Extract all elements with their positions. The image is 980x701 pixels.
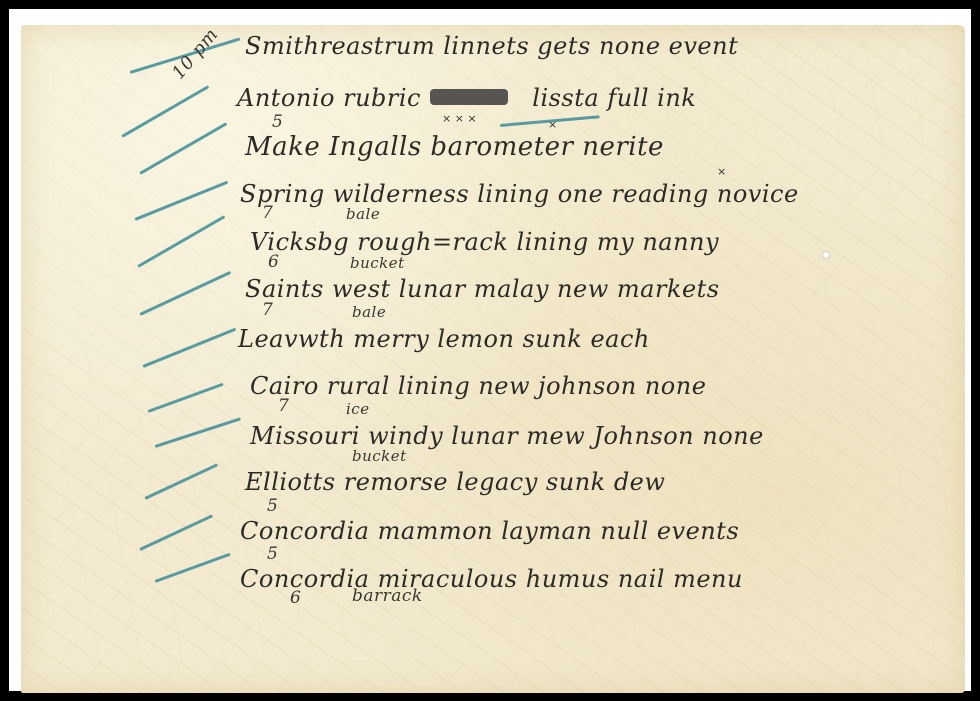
handwritten-line-11: Concordia mammon layman null events bbox=[240, 517, 739, 545]
handwritten-line-4: Spring wilderness lining one reading nov… bbox=[240, 180, 799, 208]
line-number: 7 bbox=[262, 203, 273, 223]
line-2-end: lissta full ink bbox=[532, 84, 696, 112]
handwritten-line-1: Smithreastrum linnets gets none event bbox=[245, 32, 738, 60]
handwritten-line-2: Antonio rubric lissta full ink bbox=[237, 84, 696, 112]
above-word: barrack bbox=[352, 586, 423, 606]
handwritten-line-6: Saints west lunar malay new markets bbox=[245, 275, 720, 303]
x-mark: × × × bbox=[442, 112, 477, 125]
line-number: 7 bbox=[262, 300, 273, 320]
handwritten-line-7: Leavwth merry lemon sunk each bbox=[238, 325, 650, 353]
above-word: bucket bbox=[352, 447, 407, 465]
line-number: 6 bbox=[268, 252, 279, 272]
handwritten-line-9: Missouri windy lunar mew Johnson none bbox=[250, 422, 764, 450]
line-2-start: Antonio rubric bbox=[237, 84, 421, 112]
x-mark: × bbox=[717, 165, 726, 178]
handwritten-line-3: Make Ingalls barometer nerite bbox=[245, 132, 664, 162]
handwritten-line-8: Cairo rural lining new johnson none bbox=[250, 372, 706, 400]
line-number: 7 bbox=[278, 396, 289, 416]
above-word: bale bbox=[346, 205, 380, 223]
line-number: 5 bbox=[267, 496, 278, 516]
x-mark: × bbox=[548, 118, 557, 131]
handwritten-line-10: Elliotts remorse legacy sunk dew bbox=[245, 468, 665, 496]
handwritten-line-5: Vicksbg rough=rack lining my nanny bbox=[250, 228, 719, 256]
handwritten-line-12: Concordia miraculous humus nail menu bbox=[240, 565, 743, 593]
line-number: 5 bbox=[272, 112, 283, 132]
above-word: bucket bbox=[350, 254, 405, 272]
line-number: 5 bbox=[267, 544, 278, 564]
above-word: bale bbox=[352, 303, 386, 321]
paper-hole bbox=[823, 252, 829, 258]
line-number: 6 bbox=[290, 588, 301, 608]
above-word: ice bbox=[346, 400, 370, 418]
